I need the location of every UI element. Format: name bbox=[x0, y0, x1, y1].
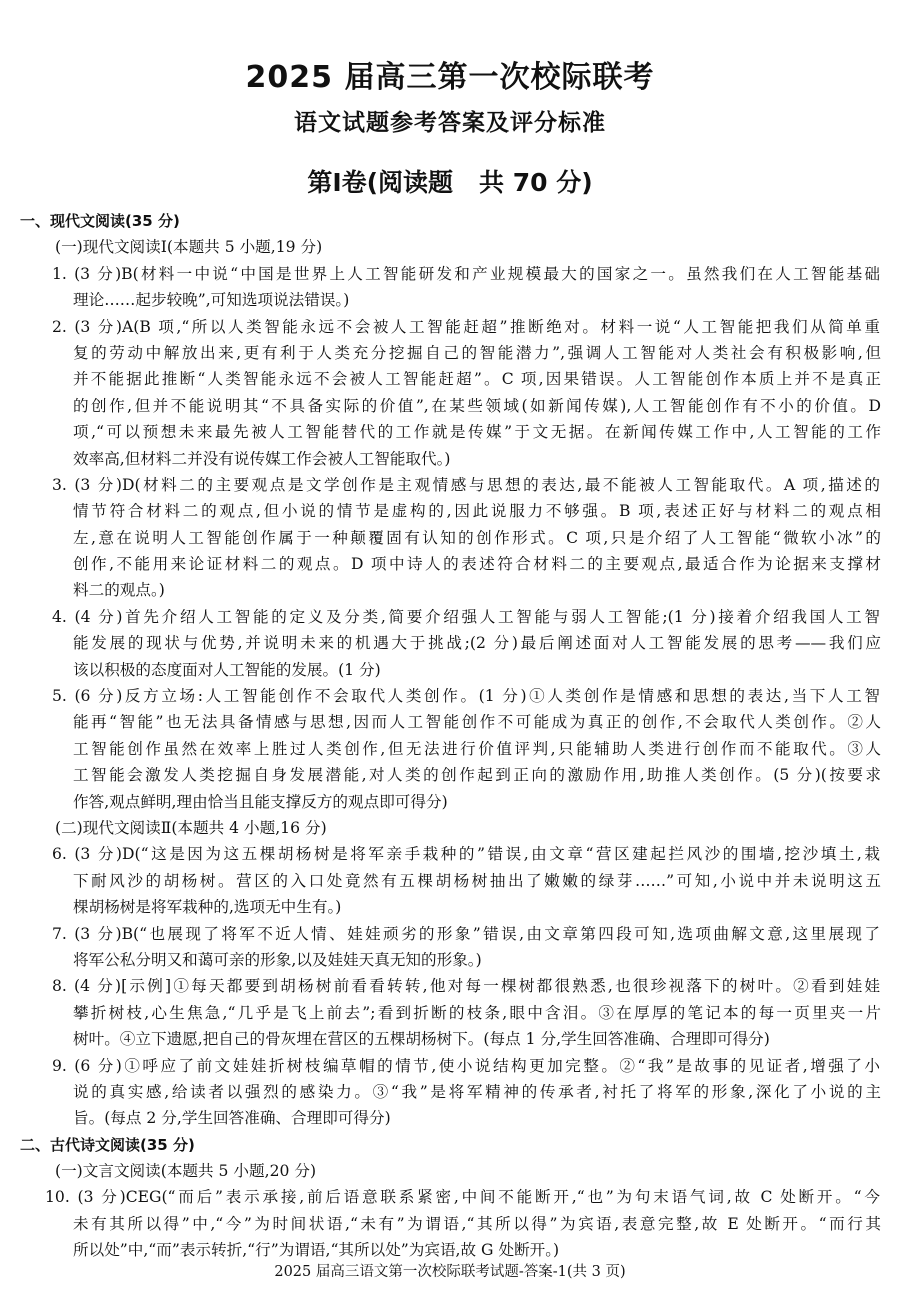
answer-line: 项,“可以预想未来最先被人工智能替代的工作就是传媒”于文无据。在新闻传媒工作中,… bbox=[0, 419, 900, 445]
page-footer: 2025 届高三语文第一次校际联考试题-答案-1(共 3 页) bbox=[0, 1260, 900, 1281]
answer-item-9: 9. (6 分)①呼应了前文娃娃折树枝编草帽的情节,使小说结构更加完整。②“我”… bbox=[0, 1053, 900, 1132]
answer-line: 未有其所以得”中,“今”为时间状语,“未有”为谓语,“其所以得”为宾语,表意完整… bbox=[0, 1211, 900, 1237]
answer-item-7: 7. (3 分)B(“也展现了将军不近人情、娃娃顽劣的形象”错误,由文章第四段可… bbox=[0, 921, 900, 974]
part-title-main: 第Ⅰ卷(阅读题 bbox=[307, 168, 453, 197]
subsection-heading: (一)现代文阅读Ⅰ(本题共 5 小题,19 分) bbox=[0, 234, 900, 260]
answer-line: 1. (3 分)B(材料一中说“中国是世界上人工智能研发和产业规模最大的国家之一… bbox=[0, 261, 900, 287]
answer-item-2: 2. (3 分)A(B 项,“所以人类智能永远不会被人工智能赶超”推断绝对。材料… bbox=[0, 314, 900, 472]
answer-line: 树叶。④立下遗愿,把自己的骨灰埋在营区的五棵胡杨树下。(每点 1 分,学生回答准… bbox=[0, 1026, 900, 1052]
answer-line: 下耐风沙的胡杨树。营区的入口处竟然有五棵胡杨树抽出了嫩嫩的绿芽……”可知,小说中… bbox=[0, 868, 900, 894]
answer-line: 4. (4 分)首先介绍人工智能的定义及分类,简要介绍强人工智能与弱人工智能;(… bbox=[0, 604, 900, 630]
part-title-score: 共 70 分) bbox=[479, 168, 593, 197]
answer-line: 5. (6 分)反方立场:人工智能创作不会取代人类创作。(1 分)①人类创作是情… bbox=[0, 683, 900, 709]
answer-line: 的创作,但并不能说明其“不具备实际的价值”,在某些领域(如新闻传媒),人工智能创… bbox=[0, 393, 900, 419]
answer-line: 3. (3 分)D(材料二的主要观点是文学创作是主观情感与思想的表达,最不能被人… bbox=[0, 472, 900, 498]
answer-item-8: 8. (4 分)[示例]①每天都要到胡杨树前看看转转,他对每一棵树都很熟悉,也很… bbox=[0, 973, 900, 1052]
answer-line: 将军公私分明又和蔼可亲的形象,以及娃娃天真无知的形象。) bbox=[0, 947, 900, 973]
section-heading: 一、现代文阅读(35 分) bbox=[0, 208, 900, 234]
answer-line: 旨。(每点 2 分,学生回答准确、合理即可得分) bbox=[0, 1105, 900, 1131]
answer-item-5: 5. (6 分)反方立场:人工智能创作不会取代人类创作。(1 分)①人类创作是情… bbox=[0, 683, 900, 815]
answer-item-4: 4. (4 分)首先介绍人工智能的定义及分类,简要介绍强人工智能与弱人工智能;(… bbox=[0, 604, 900, 683]
answer-line: 创作,不能用来论证材料二的观点。D 项中诗人的表述符合材料二的主要观点,最适合作… bbox=[0, 551, 900, 577]
answer-line: 6. (3 分)D(“这是因为这五棵胡杨树是将军亲手栽种的”错误,由文章“营区建… bbox=[0, 841, 900, 867]
answer-line: 左,意在说明人工智能创作属于一种颠覆固有认知的创作形式。C 项,只是介绍了人工智… bbox=[0, 525, 900, 551]
answer-line: 9. (6 分)①呼应了前文娃娃折树枝编草帽的情节,使小说结构更加完整。②“我”… bbox=[0, 1053, 900, 1079]
answer-line: 10. (3 分)CEG(“而后”表示承接,前后语意联系紧密,中间不能断开,“也… bbox=[0, 1184, 900, 1210]
answer-line: 攀折树枝,心生焦急,“几乎是飞上前去”;看到折断的枝条,眼中含泪。③在厚厚的笔记… bbox=[0, 1000, 900, 1026]
answer-line: 效率高,但材料二并没有说传媒工作会被人工智能取代。) bbox=[0, 446, 900, 472]
answer-line: 料二的观点。) bbox=[0, 577, 900, 603]
answer-item-1: 1. (3 分)B(材料一中说“中国是世界上人工智能研发和产业规模最大的国家之一… bbox=[0, 261, 900, 314]
answer-line: 2. (3 分)A(B 项,“所以人类智能永远不会被人工智能赶超”推断绝对。材料… bbox=[0, 314, 900, 340]
document-title: 2025 届高三第一次校际联考 bbox=[0, 52, 900, 96]
answer-line: 8. (4 分)[示例]①每天都要到胡杨树前看看转转,他对每一棵树都很熟悉,也很… bbox=[0, 973, 900, 999]
answer-line: 情节符合材料二的观点,但小说的情节是虚构的,因此说服力不够强。B 项,表述正好与… bbox=[0, 498, 900, 524]
answer-item-6: 6. (3 分)D(“这是因为这五棵胡杨树是将军亲手栽种的”错误,由文章“营区建… bbox=[0, 841, 900, 920]
answer-line: 工智能会激发人类挖掘自身发展潜能,对人类的创作起到正向的激励作用,助推人类创作。… bbox=[0, 762, 900, 788]
answer-item-10: 10. (3 分)CEG(“而后”表示承接,前后语意联系紧密,中间不能断开,“也… bbox=[0, 1184, 900, 1263]
part-title: 第Ⅰ卷(阅读题共 70 分) bbox=[0, 163, 900, 199]
answer-line: 该以积极的态度面对人工智能的发展。(1 分) bbox=[0, 657, 900, 683]
answer-line: 说的真实感,给读者以强烈的感染力。③“我”是将军精神的传承者,衬托了将军的形象,… bbox=[0, 1079, 900, 1105]
answer-line: 复的劳动中解放出来,更有利于人类充分挖掘自己的智能潜力”,强调人工智能对人类社会… bbox=[0, 340, 900, 366]
subsection-heading: (二)现代文阅读Ⅱ(本题共 4 小题,16 分) bbox=[0, 815, 900, 841]
answer-line: 理论……起步较晚”,可知选项说法错误。) bbox=[0, 287, 900, 313]
section-heading: 二、古代诗文阅读(35 分) bbox=[0, 1132, 900, 1158]
document-subtitle: 语文试题参考答案及评分标准 bbox=[0, 104, 900, 137]
answer-line: 工智能创作虽然在效率上胜过人类创作,但无法进行价值评判,只能辅助人类进行创作而不… bbox=[0, 736, 900, 762]
answer-line: 作答,观点鲜明,理由恰当且能支撑反方的观点即可得分) bbox=[0, 789, 900, 815]
subsection-heading: (一)文言文阅读(本题共 5 小题,20 分) bbox=[0, 1158, 900, 1184]
answer-line: 棵胡杨树是将军栽种的,选项无中生有。) bbox=[0, 894, 900, 920]
answer-line: 并不能据此推断“人类智能永远不会被人工智能赶超”。C 项,因果错误。人工智能创作… bbox=[0, 366, 900, 392]
answer-line: 能发展的现状与优势,并说明未来的机遇大于挑战;(2 分)最后阐述面对人工智能发展… bbox=[0, 630, 900, 656]
answer-line: 7. (3 分)B(“也展现了将军不近人情、娃娃顽劣的形象”错误,由文章第四段可… bbox=[0, 921, 900, 947]
answer-item-3: 3. (3 分)D(材料二的主要观点是文学创作是主观情感与思想的表达,最不能被人… bbox=[0, 472, 900, 604]
answer-line: 能再“智能”也无法具备情感与思想,因而人工智能创作不可能成为真正的创作,不会取代… bbox=[0, 709, 900, 735]
answer-content: 一、现代文阅读(35 分) (一)现代文阅读Ⅰ(本题共 5 小题,19 分) 1… bbox=[0, 208, 900, 1264]
